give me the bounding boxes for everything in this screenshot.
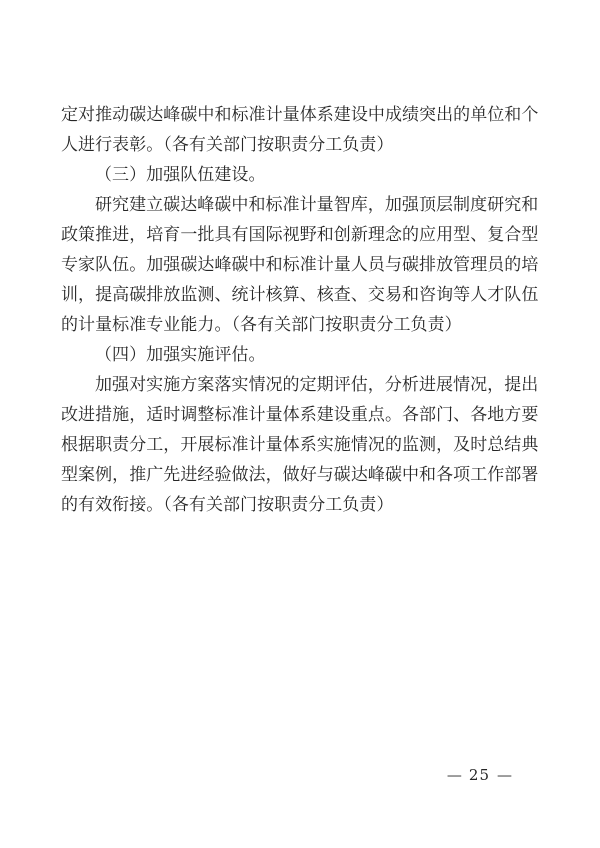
footer-dash-left: — — [447, 764, 462, 786]
page-footer: —25— — [447, 764, 512, 786]
page-number: 25 — [469, 764, 490, 786]
document-page: 定对推动碳达峰碳中和标准计量体系建设中成绩突出的单位和个 人进行表彰。（各有关部… — [0, 0, 600, 848]
text-line: 的有效衔接。（各有关部门按职责分工负责） — [61, 490, 543, 520]
text-line: 人进行表彰。（各有关部门按职责分工负责） — [61, 130, 543, 160]
text-line: 专家队伍。加强碳达峰碳中和标准计量人员与碳排放管理员的培 — [61, 250, 543, 280]
text-line: 训，提高碳排放监测、统计核算、核查、交易和咨询等人才队伍 — [61, 280, 543, 310]
text-line: 加强对实施方案落实情况的定期评估，分析进展情况，提出 — [61, 370, 543, 400]
text-line: 定对推动碳达峰碳中和标准计量体系建设中成绩突出的单位和个 — [61, 100, 543, 130]
text-line: 根据职责分工，开展标准计量体系实施情况的监测，及时总结典 — [61, 430, 543, 460]
text-line: 政策推进，培育一批具有国际视野和创新理念的应用型、复合型 — [61, 220, 543, 250]
section-heading-4: （四）加强实施评估。 — [61, 340, 543, 370]
body-text: 定对推动碳达峰碳中和标准计量体系建设中成绩突出的单位和个 人进行表彰。（各有关部… — [61, 100, 543, 520]
text-line: 研究建立碳达峰碳中和标准计量智库，加强顶层制度研究和 — [61, 190, 543, 220]
text-line: 的计量标准专业能力。（各有关部门按职责分工负责） — [61, 310, 543, 340]
text-line: 型案例，推广先进经验做法，做好与碳达峰碳中和各项工作部署 — [61, 460, 543, 490]
text-line: 改进措施，适时调整标准计量体系建设重点。各部门、各地方要 — [61, 400, 543, 430]
section-heading-3: （三）加强队伍建设。 — [61, 160, 543, 190]
footer-dash-right: — — [497, 764, 512, 786]
